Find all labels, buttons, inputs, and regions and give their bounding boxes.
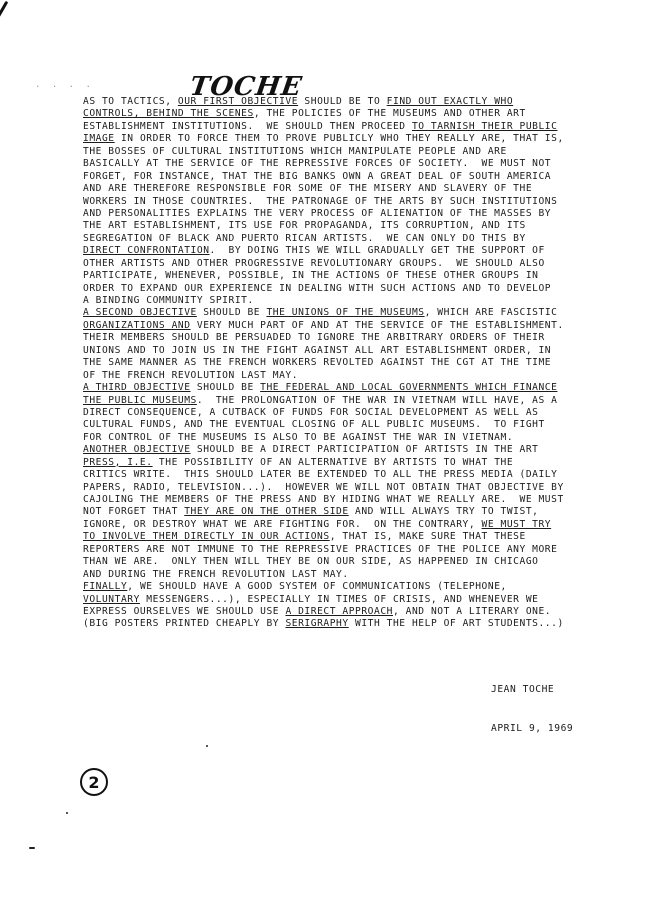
- text-line: UNIONS AND TO JOIN US IN THE FIGHT AGAIN…: [83, 345, 643, 357]
- text-line: A BINDING COMMUNITY SPIRIT.: [83, 295, 643, 307]
- underlined-phrase: A THIRD OBJECTIVE: [83, 382, 191, 393]
- text-line: PAPERS, RADIO, TELEVISION...). HOWEVER W…: [83, 482, 643, 494]
- text-line: REPORTERS ARE NOT IMMUNE TO THE REPRESSI…: [83, 544, 643, 556]
- text-line: CULTURAL FUNDS, AND THE EVENTUAL CLOSING…: [83, 419, 643, 431]
- text-segment: , THE POLICIES OF THE MUSEUMS AND OTHER …: [254, 108, 526, 119]
- text-segment: THEIR MEMBERS SHOULD BE PERSUADED TO IGN…: [83, 332, 545, 343]
- underlined-phrase: OUR FIRST OBJECTIVE: [178, 96, 298, 107]
- text-segment: ESTABLISHMENT INSTITUTIONS. WE SHOULD TH…: [83, 121, 412, 132]
- text-segment: OTHER ARTISTS AND OTHER PROGRESSIVE REVO…: [83, 258, 545, 269]
- stray-dash-mark: [29, 847, 35, 849]
- text-line: VOLUNTARY MESSENGERS...), ESPECIALLY IN …: [83, 594, 643, 606]
- underlined-phrase: THE UNIONS OF THE MUSEUMS: [266, 307, 424, 318]
- text-line: THE ART ESTABLISHMENT, ITS USE FOR PROPA…: [83, 220, 643, 232]
- text-line: IGNORE, OR DESTROY WHAT WE ARE FIGHTING …: [83, 519, 643, 531]
- underlined-phrase: TO INVOLVE THEM DIRECTLY IN OUR ACTIONS: [83, 531, 330, 542]
- text-line: THE PUBLIC MUSEUMS. THE PROLONGATION OF …: [83, 395, 643, 407]
- text-segment: ORDER TO EXPAND OUR EXPERIENCE IN DEALIN…: [83, 283, 551, 294]
- text-segment: DIRECT CONSEQUENCE, A CUTBACK OF FUNDS F…: [83, 407, 538, 418]
- text-segment: VERY MUCH PART OF AND AT THE SERVICE OF …: [191, 320, 564, 331]
- underlined-phrase: ORGANIZATIONS AND: [83, 320, 191, 331]
- stray-marks: . . . .: [35, 80, 94, 90]
- text-line: THE BOSSES OF CULTURAL INSTITUTIONS WHIC…: [83, 146, 643, 158]
- text-line: PARTICIPATE, WHENEVER, POSSIBLE, IN THE …: [83, 270, 643, 282]
- text-segment: AND ARE THEREFORE RESPONSIBLE FOR SOME O…: [83, 183, 532, 194]
- text-line: NOT FORGET THAT THEY ARE ON THE OTHER SI…: [83, 506, 643, 518]
- circled-number: 2: [80, 768, 108, 796]
- text-segment: AS TO TACTICS,: [83, 96, 178, 107]
- text-line: ESTABLISHMENT INSTITUTIONS. WE SHOULD TH…: [83, 121, 643, 133]
- underlined-phrase: VOLUNTARY: [83, 594, 140, 605]
- text-segment: NOT FORGET THAT: [83, 506, 184, 517]
- text-line: DIRECT CONSEQUENCE, A CUTBACK OF FUNDS F…: [83, 407, 643, 419]
- text-segment: WORKERS IN THOSE COUNTRIES. THE PATRONAG…: [83, 196, 557, 207]
- text-line: WORKERS IN THOSE COUNTRIES. THE PATRONAG…: [83, 196, 643, 208]
- text-segment: , WHICH ARE FASCISTIC: [425, 307, 558, 318]
- underlined-phrase: THE FEDERAL AND LOCAL GOVERNMENTS WHICH …: [260, 382, 557, 393]
- text-line: AND PERSONALITIES EXPLAINS THE VERY PROC…: [83, 208, 643, 220]
- document-page: . . . . TOCHE AS TO TACTICS, OUR FIRST O…: [0, 0, 650, 22]
- text-segment: SHOULD BE TO: [298, 96, 387, 107]
- text-segment: BASICALLY AT THE SERVICE OF THE REPRESSI…: [83, 158, 551, 169]
- text-segment: THE SAME MANNER AS THE FRENCH WORKERS RE…: [83, 357, 551, 368]
- paragraph: FINALLY, WE SHOULD HAVE A GOOD SYSTEM OF…: [83, 581, 643, 631]
- text-segment: SHOULD BE A DIRECT PARTICIPATION OF ARTI…: [191, 444, 539, 455]
- text-segment: (BIG POSTERS PRINTED CHEAPLY BY: [83, 618, 285, 629]
- text-line: EXPRESS OURSELVES WE SHOULD USE A DIRECT…: [83, 606, 643, 618]
- text-segment: OF THE FRENCH REVOLUTION LAST MAY.: [83, 370, 298, 381]
- text-segment: THE BOSSES OF CULTURAL INSTITUTIONS WHIC…: [83, 146, 507, 157]
- text-segment: EXPRESS OURSELVES WE SHOULD USE: [83, 606, 285, 617]
- underlined-phrase: A DIRECT APPROACH: [285, 606, 393, 617]
- text-line: SEGREGATION OF BLACK AND PUERTO RICAN AR…: [83, 233, 643, 245]
- text-segment: FOR CONTROL OF THE MUSEUMS IS ALSO TO BE…: [83, 432, 513, 443]
- paragraph: AS TO TACTICS, OUR FIRST OBJECTIVE SHOUL…: [83, 96, 643, 307]
- signature-name: JEAN TOCHE: [491, 683, 573, 696]
- text-segment: CULTURAL FUNDS, AND THE EVENTUAL CLOSING…: [83, 419, 545, 430]
- underlined-phrase: DIRECT CONFRONTATION: [83, 245, 210, 256]
- underlined-phrase: SERIGRAPHY: [285, 618, 348, 629]
- text-segment: A BINDING COMMUNITY SPIRIT.: [83, 295, 254, 306]
- text-segment: . BY DOING THIS WE WILL GRADUALLY GET TH…: [210, 245, 545, 256]
- text-segment: PAPERS, RADIO, TELEVISION...). HOWEVER W…: [83, 482, 564, 493]
- text-line: AND DURING THE FRENCH REVOLUTION LAST MA…: [83, 569, 643, 581]
- document-body: AS TO TACTICS, OUR FIRST OBJECTIVE SHOUL…: [83, 96, 643, 631]
- text-segment: AND PERSONALITIES EXPLAINS THE VERY PROC…: [83, 208, 551, 219]
- text-segment: AND DURING THE FRENCH REVOLUTION LAST MA…: [83, 569, 349, 580]
- text-line: (BIG POSTERS PRINTED CHEAPLY BY SERIGRAP…: [83, 618, 643, 630]
- text-line: TO INVOLVE THEM DIRECTLY IN OUR ACTIONS,…: [83, 531, 643, 543]
- text-line: THEIR MEMBERS SHOULD BE PERSUADED TO IGN…: [83, 332, 643, 344]
- underlined-phrase: A SECOND OBJECTIVE: [83, 307, 197, 318]
- text-line: A SECOND OBJECTIVE SHOULD BE THE UNIONS …: [83, 307, 643, 319]
- text-line: FINALLY, WE SHOULD HAVE A GOOD SYSTEM OF…: [83, 581, 643, 593]
- paragraph: A THIRD OBJECTIVE SHOULD BE THE FEDERAL …: [83, 382, 643, 444]
- text-segment: PARTICIPATE, WHENEVER, POSSIBLE, IN THE …: [83, 270, 538, 281]
- text-line: PRESS, I.E. THE POSSIBILITY OF AN ALTERN…: [83, 457, 643, 469]
- underlined-phrase: FINALLY: [83, 581, 127, 592]
- underlined-phrase: WE MUST TRY: [482, 519, 552, 530]
- text-line: ORGANIZATIONS AND VERY MUCH PART OF AND …: [83, 320, 643, 332]
- underlined-phrase: ANOTHER OBJECTIVE: [83, 444, 191, 455]
- underlined-phrase: THE PUBLIC MUSEUMS: [83, 395, 197, 406]
- text-line: CAJOLING THE MEMBERS OF THE PRESS AND BY…: [83, 494, 643, 506]
- text-line: ORDER TO EXPAND OUR EXPERIENCE IN DEALIN…: [83, 283, 643, 295]
- text-segment: THE ART ESTABLISHMENT, ITS USE FOR PROPA…: [83, 220, 526, 231]
- text-line: AND ARE THEREFORE RESPONSIBLE FOR SOME O…: [83, 183, 643, 195]
- text-segment: CAJOLING THE MEMBERS OF THE PRESS AND BY…: [83, 494, 564, 505]
- underlined-phrase: FIND OUT EXACTLY WHO: [387, 96, 514, 107]
- text-segment: MESSENGERS...), ESPECIALLY IN TIMES OF C…: [140, 594, 539, 605]
- handwritten-page-number-mark: [0, 1, 8, 22]
- text-line: THAN WE ARE. ONLY THEN WILL THEY BE ON O…: [83, 556, 643, 568]
- text-segment: , THAT IS, MAKE SURE THAT THESE: [330, 531, 526, 542]
- text-segment: UNIONS AND TO JOIN US IN THE FIGHT AGAIN…: [83, 345, 551, 356]
- text-segment: THE POSSIBILITY OF AN ALTERNATIVE BY ART…: [153, 457, 514, 468]
- text-segment: FORGET, FOR INSTANCE, THAT THE BIG BANKS…: [83, 171, 551, 182]
- text-line: OTHER ARTISTS AND OTHER PROGRESSIVE REVO…: [83, 258, 643, 270]
- text-line: FOR CONTROL OF THE MUSEUMS IS ALSO TO BE…: [83, 432, 643, 444]
- text-line: ANOTHER OBJECTIVE SHOULD BE A DIRECT PAR…: [83, 444, 643, 456]
- stray-dot-mark: [206, 745, 208, 747]
- text-segment: . THE PROLONGATION OF THE WAR IN VIETNAM…: [197, 395, 558, 406]
- text-line: AS TO TACTICS, OUR FIRST OBJECTIVE SHOUL…: [83, 96, 643, 108]
- text-segment: SEGREGATION OF BLACK AND PUERTO RICAN AR…: [83, 233, 526, 244]
- text-line: BASICALLY AT THE SERVICE OF THE REPRESSI…: [83, 158, 643, 170]
- signature-date: APRIL 9, 1969: [491, 722, 573, 735]
- circled-number-text: 2: [88, 773, 99, 792]
- underlined-phrase: CONTROLS, BEHIND THE SCENES: [83, 108, 254, 119]
- signature-block: JEAN TOCHE APRIL 9, 1969: [491, 657, 573, 761]
- paragraph: ANOTHER OBJECTIVE SHOULD BE A DIRECT PAR…: [83, 444, 643, 581]
- text-segment: , AND NOT A LITERARY ONE.: [393, 606, 551, 617]
- underlined-phrase: PRESS, I.E.: [83, 457, 153, 468]
- text-segment: , WE SHOULD HAVE A GOOD SYSTEM OF COMMUN…: [127, 581, 507, 592]
- text-line: A THIRD OBJECTIVE SHOULD BE THE FEDERAL …: [83, 382, 643, 394]
- text-segment: AND WILL ALWAYS TRY TO TWIST,: [349, 506, 539, 517]
- text-line: CONTROLS, BEHIND THE SCENES, THE POLICIE…: [83, 108, 643, 120]
- text-line: FORGET, FOR INSTANCE, THAT THE BIG BANKS…: [83, 171, 643, 183]
- text-segment: THAN WE ARE. ONLY THEN WILL THEY BE ON O…: [83, 556, 538, 567]
- text-segment: IN ORDER TO FORCE THEM TO PROVE PUBLICLY…: [115, 133, 564, 144]
- text-segment: SHOULD BE: [197, 307, 267, 318]
- text-line: DIRECT CONFRONTATION. BY DOING THIS WE W…: [83, 245, 643, 257]
- text-line: OF THE FRENCH REVOLUTION LAST MAY.: [83, 370, 643, 382]
- text-segment: SHOULD BE: [191, 382, 261, 393]
- text-line: CRITICS WRITE. THIS SHOULD LATER BE EXTE…: [83, 469, 643, 481]
- paragraph: A SECOND OBJECTIVE SHOULD BE THE UNIONS …: [83, 307, 643, 382]
- text-segment: REPORTERS ARE NOT IMMUNE TO THE REPRESSI…: [83, 544, 557, 555]
- underlined-phrase: IMAGE: [83, 133, 115, 144]
- text-line: IMAGE IN ORDER TO FORCE THEM TO PROVE PU…: [83, 133, 643, 145]
- stray-dot-mark: [66, 812, 68, 814]
- text-line: THE SAME MANNER AS THE FRENCH WORKERS RE…: [83, 357, 643, 369]
- text-segment: WITH THE HELP OF ART STUDENTS...): [349, 618, 564, 629]
- text-segment: CRITICS WRITE. THIS SHOULD LATER BE EXTE…: [83, 469, 557, 480]
- underlined-phrase: THEY ARE ON THE OTHER SIDE: [184, 506, 348, 517]
- text-segment: IGNORE, OR DESTROY WHAT WE ARE FIGHTING …: [83, 519, 482, 530]
- underlined-phrase: TO TARNISH THEIR PUBLIC: [412, 121, 558, 132]
